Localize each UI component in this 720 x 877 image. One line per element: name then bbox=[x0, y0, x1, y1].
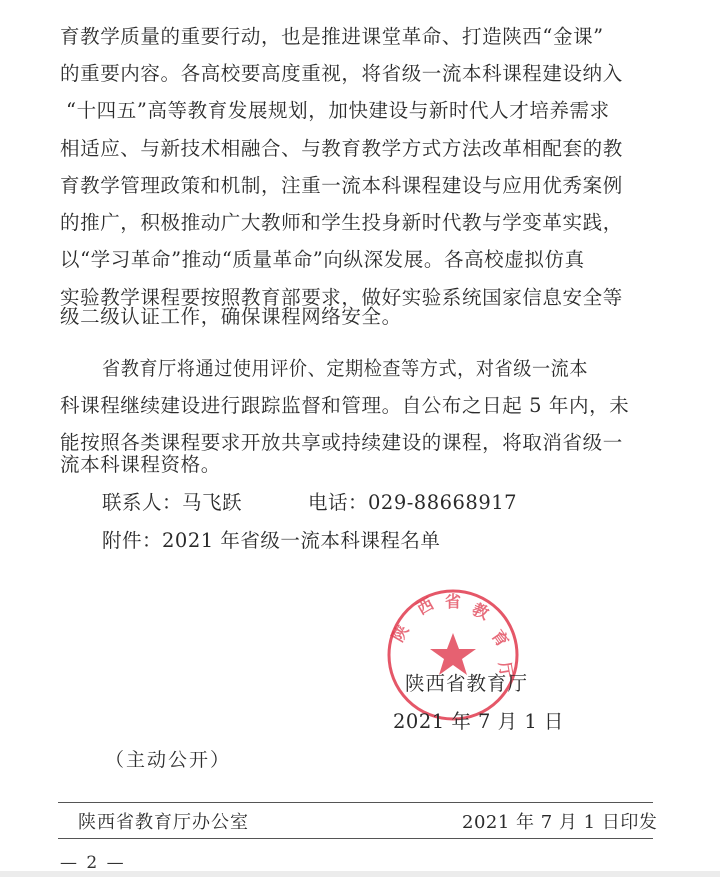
disclosure-label: （主动公开） bbox=[105, 745, 231, 772]
body-line-9: 级二级认证工作，确保课程网络安全。 bbox=[60, 300, 660, 334]
body-line-1: 育教学质量的重要行动，也是推进课堂革命、打造陕西“金课” bbox=[60, 20, 660, 54]
body-line-4: 相适应、与新技术相融合、与教育教学方式方法改革相配套的教 bbox=[60, 132, 660, 166]
footer-top-rule bbox=[58, 802, 653, 803]
footer-bottom-rule bbox=[58, 838, 653, 839]
footer-issuer: 陕西省教育厅办公室 bbox=[78, 808, 249, 834]
body-line-3: “十四五”高等教育发展规划，加快建设与新时代人才培养需求 bbox=[66, 94, 666, 128]
paragraph2-line-2: 科课程继续建设进行跟踪监督和管理。自公布之日起 5 年内，未 bbox=[60, 389, 660, 423]
document-page: 育教学质量的重要行动，也是推进课堂革命、打造陕西“金课” 的重要内容。各高校要高… bbox=[0, 0, 720, 871]
contact-phone: 电话：029-88668917 bbox=[308, 486, 517, 520]
body-line-5: 育教学管理政策和机制，注重一流本科课程建设与应用优秀案例 bbox=[60, 169, 660, 203]
body-line-6: 的推广，积极推动广大教师和学生投身新时代教与学变革实践， bbox=[60, 206, 660, 240]
body-line-2: 的重要内容。各高校要高度重视，将省级一流本科课程建设纳入 bbox=[60, 57, 660, 91]
svg-text:育: 育 bbox=[488, 626, 513, 650]
body-line-7: 以“学习革命”推动“质量革命”向纵深发展。各高校虚拟仿真 bbox=[60, 243, 660, 277]
attachment-note: 附件：2021 年省级一流本科课程名单 bbox=[102, 524, 440, 558]
signature-date: 2021 年 7 月 1 日 bbox=[393, 706, 564, 734]
paragraph2-line-1: 省教育厅将通过使用评价、定期检查等方式，对省级一流本 bbox=[102, 352, 660, 386]
svg-text:省: 省 bbox=[445, 592, 461, 611]
svg-text:西: 西 bbox=[414, 594, 437, 618]
signature-organization: 陕西省教育厅 bbox=[405, 668, 528, 696]
page-edge bbox=[0, 871, 720, 877]
page-number: — 2 — bbox=[60, 853, 126, 873]
official-seal-icon: 陕 西 省 教 育 厅 bbox=[383, 585, 523, 725]
contact-person: 联系人：马飞跃 bbox=[102, 486, 242, 520]
paragraph2-line-4: 流本科课程资格。 bbox=[60, 448, 660, 482]
footer-issue-date: 2021 年 7 月 1 日印发 bbox=[462, 808, 657, 834]
